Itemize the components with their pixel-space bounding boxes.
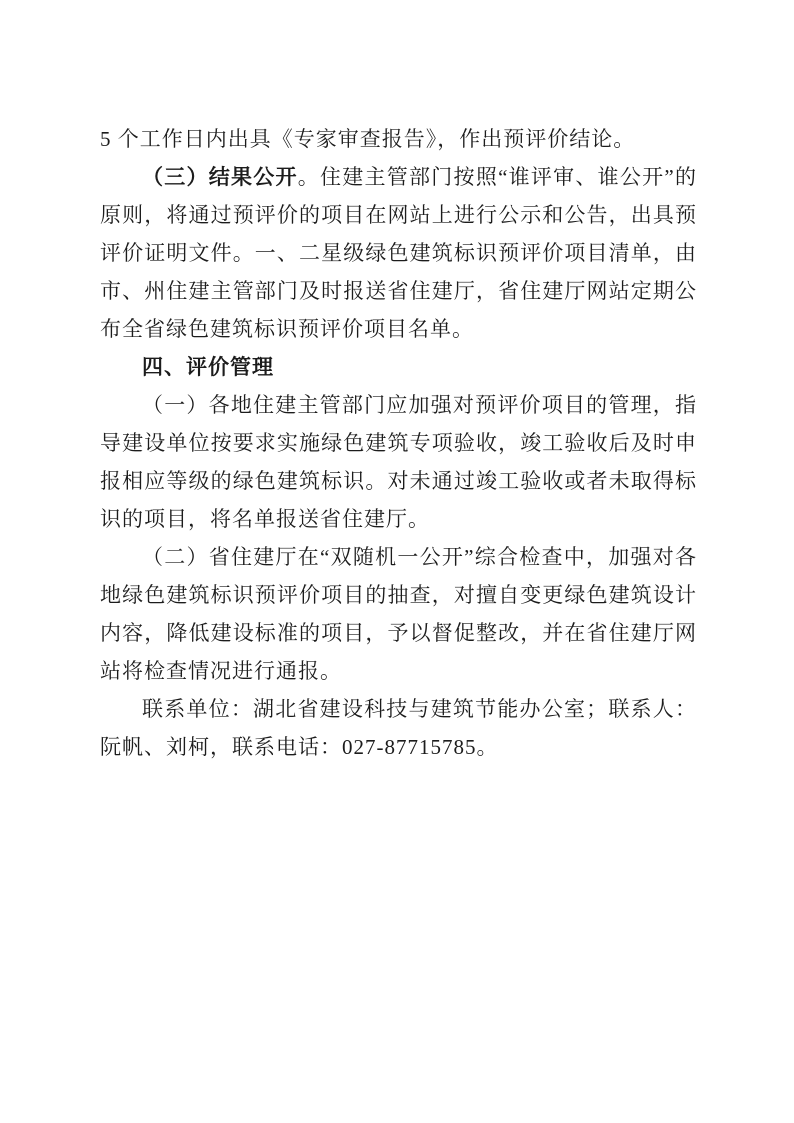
section-heading-evaluation-management: 四、评价管理 xyxy=(100,348,697,386)
paragraph-text: （二）省住建厅在“双随机一公开”综合检查中，加强对各地绿色建筑标识预评价项目的抽… xyxy=(100,545,697,683)
paragraph-text: 联系单位：湖北省建设科技与建筑节能办公室；联系人：阮帆、刘柯，联系电话：027-… xyxy=(100,697,697,759)
paragraph-text: 5 个工作日内出具《专家审查报告》，作出预评价结论。 xyxy=(100,127,635,151)
paragraph-contact-info: 联系单位：湖北省建设科技与建筑节能办公室；联系人：阮帆、刘柯，联系电话：027-… xyxy=(100,690,697,766)
paragraph-management-item-2: （二）省住建厅在“双随机一公开”综合检查中，加强对各地绿色建筑标识预评价项目的抽… xyxy=(100,538,697,690)
document-page: 5 个工作日内出具《专家审查报告》，作出预评价结论。 （三）结果公开。住建主管部… xyxy=(0,0,794,1123)
paragraph-expert-report-conclusion: 5 个工作日内出具《专家审查报告》，作出预评价结论。 xyxy=(100,120,697,158)
paragraph-text: （一）各地住建主管部门应加强对预评价项目的管理，指导建设单位按要求实施绿色建筑专… xyxy=(100,393,697,531)
paragraph-lead-bold-text: （三）结果公开 xyxy=(142,165,298,189)
section-heading-text: 四、评价管理 xyxy=(142,355,274,379)
paragraph-management-item-1: （一）各地住建主管部门应加强对预评价项目的管理，指导建设单位按要求实施绿色建筑专… xyxy=(100,386,697,538)
document-text-block: 5 个工作日内出具《专家审查报告》，作出预评价结论。 （三）结果公开。住建主管部… xyxy=(100,120,697,766)
paragraph-text: 。住建主管部门按照“谁评审、谁公开”的原则，将通过预评价的项目在网站上进行公示和… xyxy=(100,165,697,341)
paragraph-result-disclosure: （三）结果公开。住建主管部门按照“谁评审、谁公开”的原则，将通过预评价的项目在网… xyxy=(100,158,697,348)
